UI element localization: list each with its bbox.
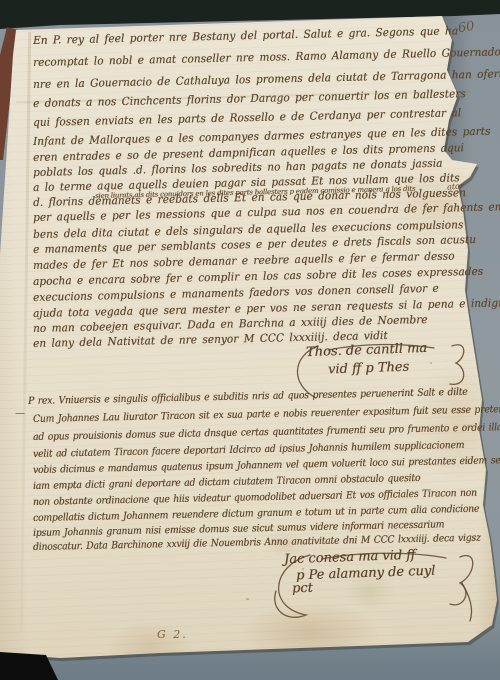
margin-dash: —	[15, 408, 25, 419]
paper-speck	[246, 598, 249, 600]
manuscript-photo: 60 En P. rey al feel porter nre Bestany …	[0, 0, 500, 680]
signature-line: vid ff p Thes	[328, 361, 410, 378]
folio-number: 60	[457, 19, 476, 37]
quire-mark: G 2.	[157, 628, 188, 641]
margin-note: ator	[447, 181, 464, 191]
paper-speck	[430, 362, 432, 364]
paper-speck	[302, 568, 304, 570]
signature-line: pct	[292, 582, 313, 597]
